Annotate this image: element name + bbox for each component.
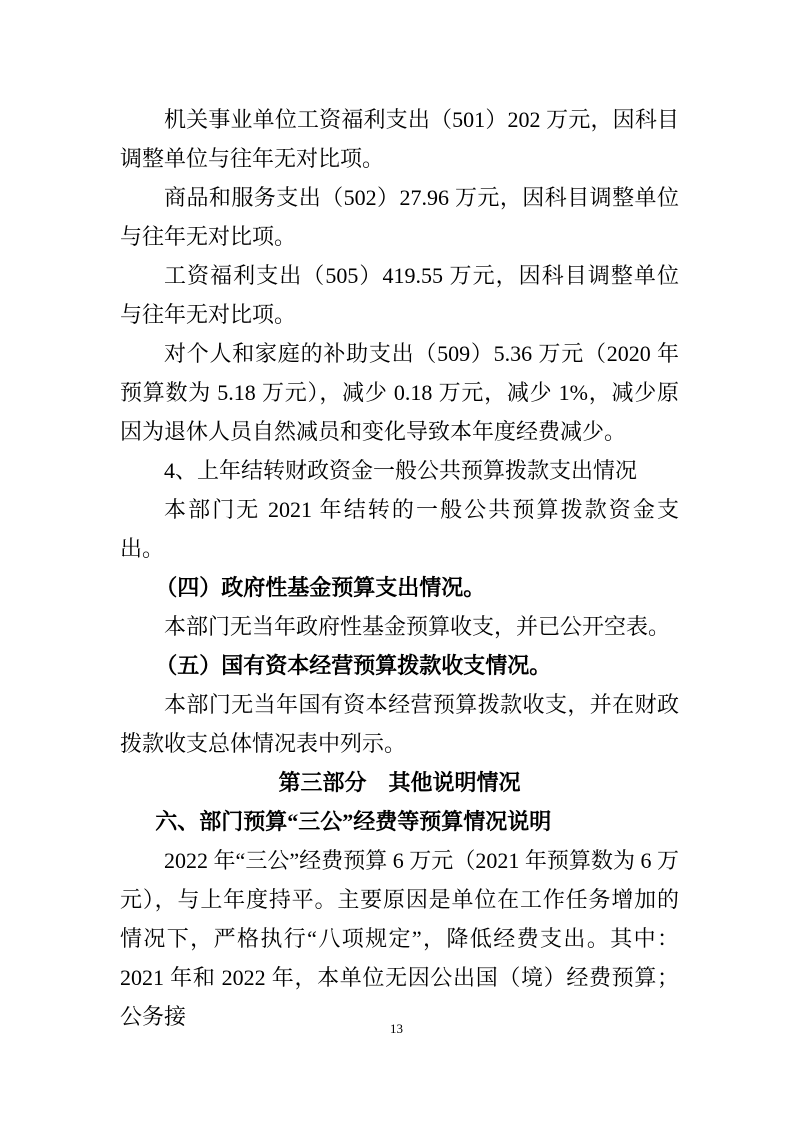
paragraph-expense-505: 工资福利支出（505）419.55 万元，因科目调整单位与往年无对比项。: [120, 256, 679, 334]
paragraph-section-4-body: 本部门无当年政府性基金预算收支，并已公开空表。: [120, 607, 679, 646]
paragraph-section-5-body: 本部门无当年国有资本经营预算拨款收支，并在财政拨款收支总体情况表中列示。: [120, 685, 679, 763]
paragraph-item-4-title: 4、上年结转财政资金一般公共预算拨款支出情况: [120, 451, 679, 490]
page-content: 机关事业单位工资福利支出（501）202 万元，因科目调整单位与往年无对比项。 …: [120, 100, 679, 1036]
section-heading-6: 六、部门预算“三公”经费等预算情况说明: [120, 802, 679, 841]
document-page: 机关事业单位工资福利支出（501）202 万元，因科目调整单位与往年无对比项。 …: [0, 0, 793, 1122]
part-three-title: 第三部分 其他说明情况: [120, 763, 679, 802]
paragraph-expense-502: 商品和服务支出（502）27.96 万元，因科目调整单位与往年无对比项。: [120, 178, 679, 256]
section-heading-5: （五）国有资本经营预算拨款收支情况。: [120, 646, 679, 685]
paragraph-expense-501: 机关事业单位工资福利支出（501）202 万元，因科目调整单位与往年无对比项。: [120, 100, 679, 178]
section-heading-4: （四）政府性基金预算支出情况。: [120, 568, 679, 607]
paragraph-item-4-body: 本部门无 2021 年结转的一般公共预算拨款资金支出。: [120, 490, 679, 568]
paragraph-expense-509: 对个人和家庭的补助支出（509）5.36 万元（2020 年预算数为 5.18 …: [120, 334, 679, 451]
page-number: 13: [0, 1020, 793, 1038]
paragraph-three-public-funds: 2022 年“三公”经费预算 6 万元（2021 年预算数为 6 万元），与上年…: [120, 841, 679, 1036]
